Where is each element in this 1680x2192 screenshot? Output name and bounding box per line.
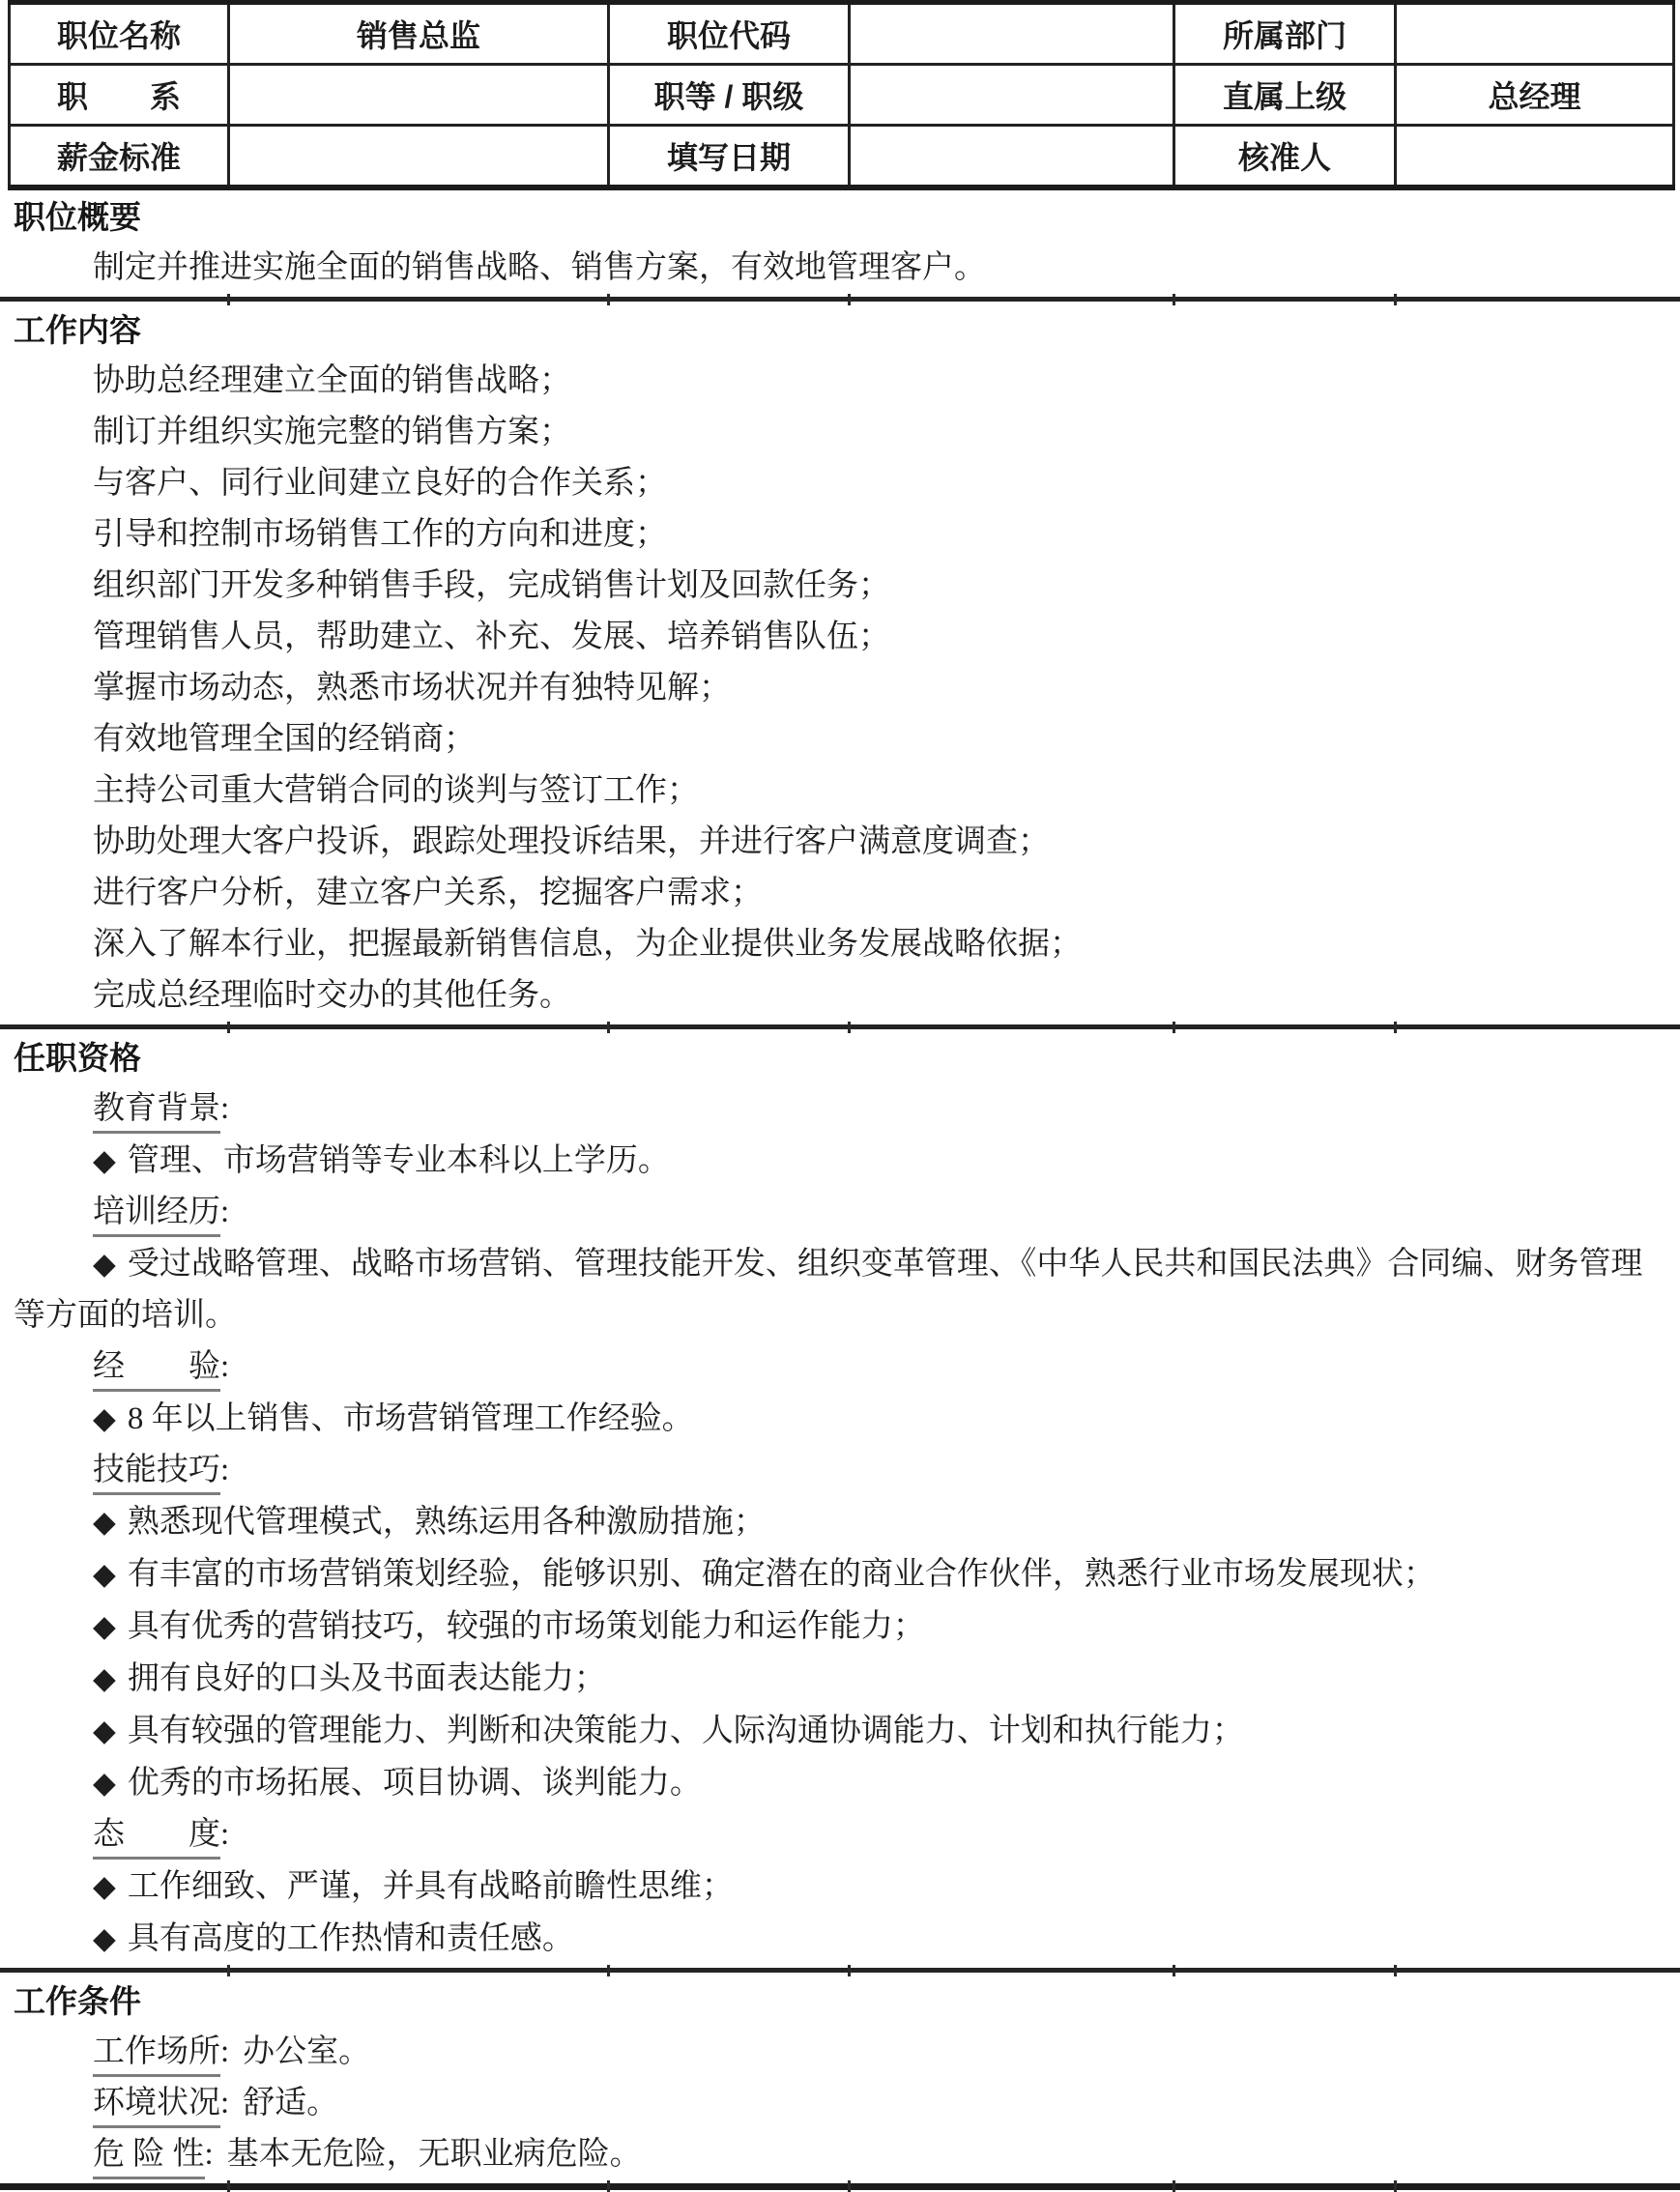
grade-rank-label: 职等 / 职级: [609, 65, 850, 126]
work-item: 有效地管理全国的经销商；: [14, 714, 1665, 765]
position-name-value: 销售总监: [229, 3, 609, 65]
diamond-bullet-icon: ◆: [93, 1505, 116, 1539]
condition-item-workplace: 工作场所:办公室。: [14, 2027, 1665, 2078]
bullet-item: ◆受过战略管理、战略市场营销、管理技能开发、组织变革管理、《中华人民共和国民法典…: [14, 1238, 1665, 1341]
position-code-label: 职位代码: [609, 3, 850, 65]
colon: :: [205, 2137, 214, 2172]
diamond-bullet-icon: ◆: [93, 1714, 116, 1747]
salary-standard-label: 薪金标准: [10, 126, 229, 188]
condition-item-environment: 环境状况:舒适。: [14, 2078, 1665, 2129]
approver-value: [1396, 126, 1674, 188]
qualifications-title: 任职资格: [0, 1032, 1680, 1083]
position-code-value: [850, 3, 1174, 65]
bullet-item: ◆具有优秀的营销技巧，较强的市场策划能力和运作能力；: [14, 1601, 1665, 1653]
summary-text: 制定并推进实施全面的销售战略、销售方案，有效地管理客户。: [14, 243, 1665, 294]
table-row: 职位名称 销售总监 职位代码 所属部门: [10, 3, 1674, 65]
colon: :: [220, 2086, 229, 2120]
diamond-bullet-icon: ◆: [93, 1766, 116, 1800]
subsection-label-skills: 技能技巧:: [14, 1445, 1665, 1496]
work-item: 协助总经理建立全面的销售战略；: [14, 356, 1665, 407]
bullet-item: ◆有丰富的市场营销策划经验，能够识别、确定潜在的商业合作伙伴，熟悉行业市场发展现…: [14, 1548, 1665, 1601]
bullet-item: ◆管理、市场营销等专业本科以上学历。: [14, 1135, 1665, 1187]
condition-item-hazard: 危 险 性:基本无危险，无职业病危险。: [14, 2129, 1665, 2180]
bullet-item: ◆具有较强的管理能力、判断和决策能力、人际沟通协调能力、计划和执行能力；: [14, 1705, 1665, 1757]
diamond-bullet-icon: ◆: [93, 1869, 116, 1903]
table-row: 薪金标准 填写日期 核准人: [10, 126, 1674, 188]
grade-rank-value: [850, 65, 1174, 126]
diamond-bullet-icon: ◆: [93, 1247, 116, 1281]
bullet-item: ◆工作细致、严谨，并具有战略前瞻性思维；: [14, 1860, 1665, 1913]
bullet-item: ◆优秀的市场拓展、项目协调、谈判能力。: [14, 1757, 1665, 1809]
work-content-title: 工作内容: [0, 304, 1680, 356]
diamond-bullet-icon: ◆: [93, 1661, 116, 1695]
subsection-label-experience: 经 验:: [14, 1341, 1665, 1393]
colon: :: [220, 2034, 229, 2069]
work-conditions-section: 工作条件 工作场所:办公室。 环境状况:舒适。 危 险 性:基本无危险，无职业病…: [0, 1975, 1680, 2181]
section-divider: [0, 1968, 1680, 1973]
work-item: 主持公司重大营销合同的谈判与签订工作；: [14, 765, 1665, 817]
direct-supervisor-value: 总经理: [1396, 65, 1674, 126]
section-divider: [0, 1024, 1680, 1029]
work-item: 进行客户分析，建立客户关系，挖掘客户需求；: [14, 868, 1665, 919]
colon: :: [220, 1195, 229, 1229]
fill-date-value: [850, 126, 1174, 188]
work-item: 协助处理大客户投诉，跟踪处理投诉结果，并进行客户满意度调查；: [14, 817, 1665, 868]
diamond-bullet-icon: ◆: [93, 1609, 116, 1643]
approver-label: 核准人: [1174, 126, 1396, 188]
department-label: 所属部门: [1174, 3, 1396, 65]
position-header-table: 职位名称 销售总监 职位代码 所属部门 职 系 职等 / 职级 直属上级 总经理…: [8, 0, 1675, 190]
job-family-label: 职 系: [10, 65, 229, 126]
subsection-label-training: 培训经历:: [14, 1187, 1665, 1238]
colon: :: [220, 1453, 229, 1487]
fill-date-label: 填写日期: [609, 126, 850, 188]
diamond-bullet-icon: ◆: [93, 1143, 116, 1177]
work-item: 制订并组织实施完整的销售方案；: [14, 407, 1665, 458]
work-content-section: 工作内容 协助总经理建立全面的销售战略； 制订并组织实施完整的销售方案； 与客户…: [0, 303, 1680, 1023]
bullet-item: ◆8 年以上销售、市场营销管理工作经验。: [14, 1393, 1665, 1445]
qualifications-section: 任职资格 教育背景: ◆管理、市场营销等专业本科以上学历。 培训经历: ◆受过战…: [0, 1031, 1680, 1966]
work-item: 掌握市场动态，熟悉市场状况并有独特见解；: [14, 663, 1665, 714]
work-item: 与客户、同行业间建立良好的合作关系；: [14, 458, 1665, 509]
page-bottom-rule: [0, 2183, 1680, 2190]
diamond-bullet-icon: ◆: [93, 1557, 116, 1591]
colon: :: [220, 1091, 229, 1126]
section-divider: [0, 297, 1680, 302]
work-item: 组织部门开发多种销售手段，完成销售计划及回款任务；: [14, 561, 1665, 612]
work-item: 深入了解本行业，把握最新销售信息，为企业提供业务发展战略依据；: [14, 919, 1665, 970]
work-item: 引导和控制市场销售工作的方向和进度；: [14, 509, 1665, 561]
work-item: 完成总经理临时交办的其他任务。: [14, 970, 1665, 1022]
colon: :: [220, 1349, 229, 1384]
subsection-label-education: 教育背景:: [14, 1083, 1665, 1135]
job-family-value: [229, 65, 609, 126]
bullet-item: ◆熟悉现代管理模式，熟练运用各种激励措施；: [14, 1496, 1665, 1548]
diamond-bullet-icon: ◆: [93, 1401, 116, 1435]
summary-title: 职位概要: [0, 191, 1680, 243]
table-row: 职 系 职等 / 职级 直属上级 总经理: [10, 65, 1674, 126]
work-conditions-title: 工作条件: [0, 1976, 1680, 2027]
salary-standard-value: [229, 126, 609, 188]
colon: :: [220, 1817, 229, 1852]
direct-supervisor-label: 直属上级: [1174, 65, 1396, 126]
position-name-label: 职位名称: [10, 3, 229, 65]
bullet-item: ◆具有高度的工作热情和责任感。: [14, 1913, 1665, 1965]
subsection-label-attitude: 态 度:: [14, 1809, 1665, 1860]
diamond-bullet-icon: ◆: [93, 1921, 116, 1955]
department-value: [1396, 3, 1674, 65]
summary-section: 职位概要 制定并推进实施全面的销售战略、销售方案，有效地管理客户。: [0, 190, 1680, 295]
work-item: 管理销售人员，帮助建立、补充、发展、培养销售队伍；: [14, 612, 1665, 663]
bullet-item: ◆拥有良好的口头及书面表达能力；: [14, 1653, 1665, 1705]
